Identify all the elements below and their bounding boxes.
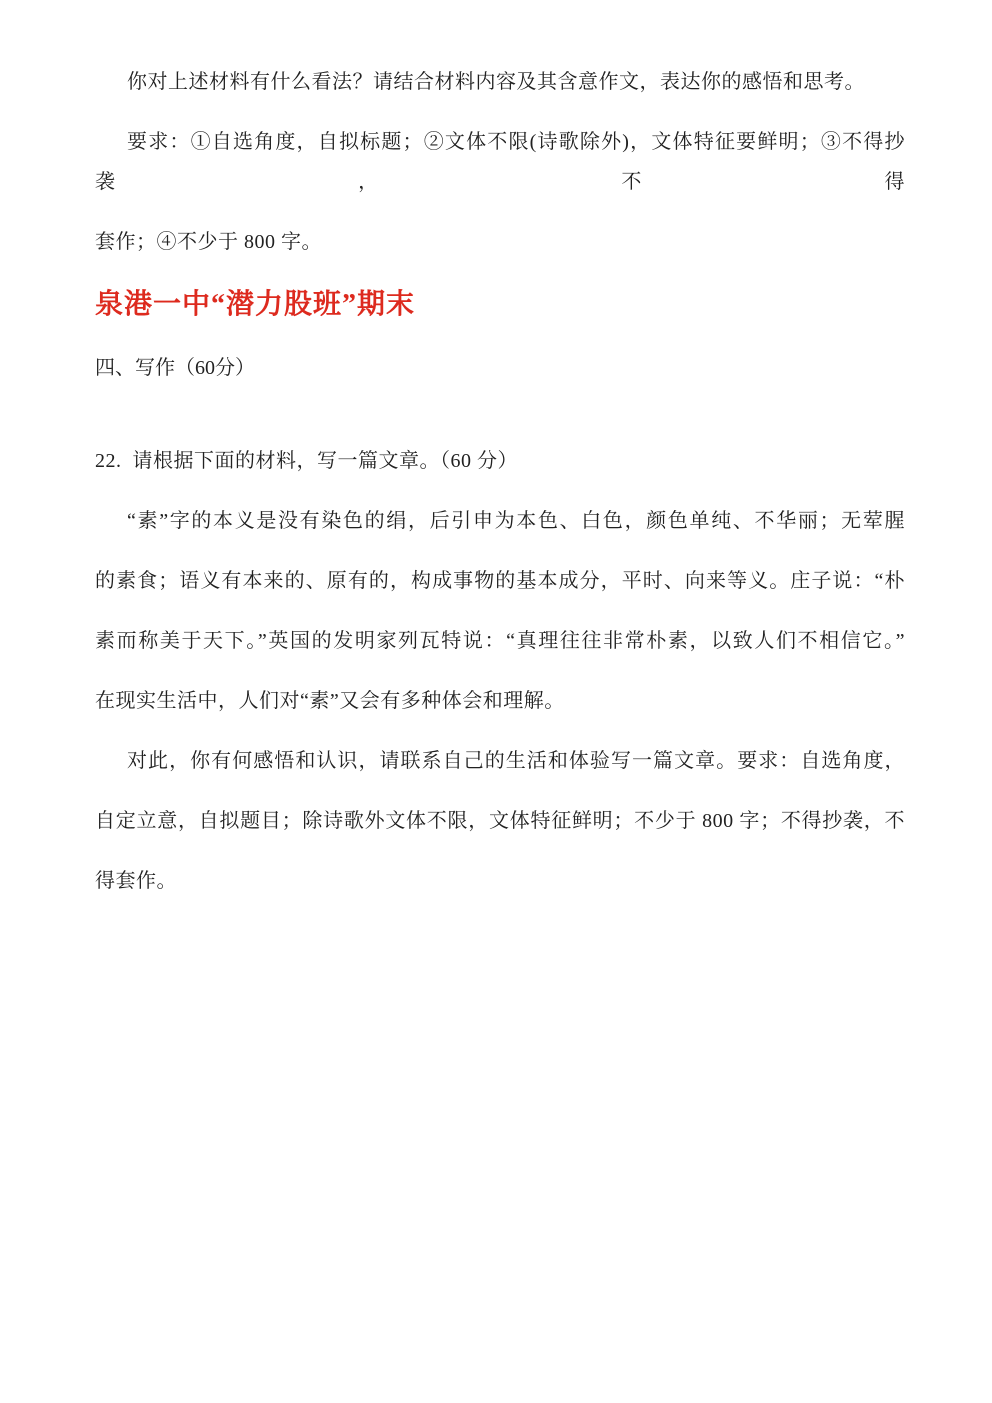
intro-line-1: 你对上述材料有什么看法？请结合材料内容及其含意作文，表达你的感悟和思考。 bbox=[95, 62, 905, 102]
question-number-line: 22. 请根据下面的材料，写一篇文章。（60 分） bbox=[95, 441, 905, 481]
material-line-4: 在现实生活中，人们对“素”又会有多种体会和理解。 bbox=[95, 681, 905, 721]
task-line-3: 得套作。 bbox=[95, 861, 905, 901]
intro-line-2: 要求：①自选角度，自拟标题；②文体不限(诗歌除外)，文体特征要鲜明；③不得抄袭，… bbox=[95, 122, 905, 202]
material-line-3: 素而称美于天下。”英国的发明家列瓦特说：“真理往往非常朴素，以致人们不相信它。” bbox=[95, 621, 905, 661]
task-line-2: 自定立意，自拟题目；除诗歌外文体不限，文体特征鲜明；不少于 800 字；不得抄袭… bbox=[95, 801, 905, 841]
material-line-1: “素”字的本义是没有染色的绢，后引申为本色、白色，颜色单纯、不华丽；无荤腥 bbox=[95, 501, 905, 541]
section-label: 四、写作（60分） bbox=[95, 348, 905, 388]
intro-line-3: 套作；④不少于 800 字。 bbox=[95, 222, 905, 262]
exam-title-heading: 泉港一中“潜力股班”期末 bbox=[95, 282, 905, 328]
blank-gap bbox=[95, 408, 905, 421]
material-line-2: 的素食；语义有本来的、原有的，构成事物的基本成分，平时、向来等义。庄子说：“朴 bbox=[95, 561, 905, 601]
task-line-1: 对此，你有何感悟和认识，请联系自己的生活和体验写一篇文章。要求：自选角度， bbox=[95, 741, 905, 781]
document-page: 你对上述材料有什么看法？请结合材料内容及其含意作文，表达你的感悟和思考。 要求：… bbox=[95, 0, 905, 901]
